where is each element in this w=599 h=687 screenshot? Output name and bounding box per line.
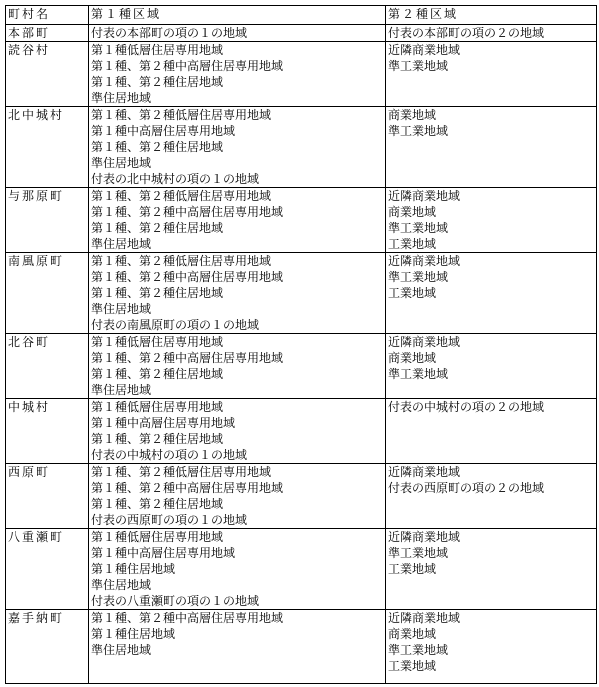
zone-1-cell: 第１種、第２種低層住居専用地域第１種、第２種中高層住居専用地域第１種、第２種住居… xyxy=(89,464,386,529)
zone-2-cell: 付表の中城村の項の２の地域 xyxy=(386,399,597,464)
zone-2-cell: 商業地域準工業地域 xyxy=(386,107,597,188)
table-row: 嘉手納町第１種、第２種中高層住居専用地域第１種住居地域準住居地域近隣商業地域商業… xyxy=(6,610,597,684)
zone-entry: 準工業地域 xyxy=(388,220,596,236)
zone-entry: 第１種、第２種低層住居専用地域 xyxy=(91,188,385,204)
zone-entry: 工業地域 xyxy=(388,561,596,577)
zone-entry: 準住居地域 xyxy=(91,236,385,252)
zone-entry: 第１種、第２種中高層住居専用地域 xyxy=(91,350,385,366)
zone-entry: 商業地域 xyxy=(388,204,596,220)
zone-entry: 近隣商業地域 xyxy=(388,610,596,626)
zone-entry: 近隣商業地域 xyxy=(388,188,596,204)
municipality-name: 北中城村 xyxy=(6,107,89,188)
zone-2-cell: 近隣商業地域付表の西原町の項の２の地域 xyxy=(386,464,597,529)
zone-table: 町村名 第１種区域 第２種区域 本部町付表の本部町の項の１の地域付表の本部町の項… xyxy=(5,5,597,684)
zone-entry: 準工業地域 xyxy=(388,642,596,658)
zone-entry: 商業地域 xyxy=(388,626,596,642)
header-municipality: 町村名 xyxy=(6,6,89,25)
municipality-name: 嘉手納町 xyxy=(6,610,89,684)
zone-1-cell: 第１種低層住居専用地域第１種、第２種中高層住居専用地域第１種、第２種住居地域準住… xyxy=(89,42,386,107)
zone-entry: 準住居地域 xyxy=(91,90,385,106)
zone-entry: 第１種低層住居専用地域 xyxy=(91,42,385,58)
zone-entry: 第１種中高層住居専用地域 xyxy=(91,545,385,561)
table-row: 北中城村第１種、第２種低層住居専用地域第１種中高層住居専用地域第１種、第２種住居… xyxy=(6,107,597,188)
zone-entry: 第１種、第２種住居地域 xyxy=(91,220,385,236)
zone-1-cell: 第１種、第２種中高層住居専用地域第１種住居地域準住居地域 xyxy=(89,610,386,684)
municipality-name: 読谷村 xyxy=(6,42,89,107)
zone-2-cell: 近隣商業地域準工業地域 xyxy=(386,42,597,107)
zone-entry: 第１種、第２種住居地域 xyxy=(91,74,385,90)
zone-entry: 付表の西原町の項の１の地域 xyxy=(91,512,385,528)
zone-entry: 第１種中高層住居専用地域 xyxy=(91,415,385,431)
zone-entry: 第１種、第２種低層住居専用地域 xyxy=(91,464,385,480)
zone-entry: 商業地域 xyxy=(388,350,596,366)
zone-entry: 第１種、第２種住居地域 xyxy=(91,496,385,512)
header-zone-2: 第２種区域 xyxy=(386,6,597,25)
zone-entry: 付表の中城村の項の１の地域 xyxy=(91,447,385,463)
zone-1-cell: 付表の本部町の項の１の地域 xyxy=(89,25,386,42)
zone-2-cell: 付表の本部町の項の２の地域 xyxy=(386,25,597,42)
zone-entry: 付表の北中城村の項の１の地域 xyxy=(91,171,385,187)
zone-entry: 第１種、第２種中高層住居専用地域 xyxy=(91,269,385,285)
zone-entry: 第１種中高層住居専用地域 xyxy=(91,123,385,139)
zone-entry: 第１種、第２種住居地域 xyxy=(91,431,385,447)
table-row: 北谷町第１種低層住居専用地域第１種、第２種中高層住居専用地域第１種、第２種住居地… xyxy=(6,334,597,399)
zone-1-cell: 第１種低層住居専用地域第１種中高層住居専用地域第１種住居地域準住居地域付表の八重… xyxy=(89,529,386,610)
table-row: 中城村第１種低層住居専用地域第１種中高層住居専用地域第１種、第２種住居地域付表の… xyxy=(6,399,597,464)
table-row: 南風原町第１種、第２種低層住居専用地域第１種、第２種中高層住居専用地域第１種、第… xyxy=(6,253,597,334)
zone-2-cell: 近隣商業地域商業地域準工業地域工業地域 xyxy=(386,188,597,253)
municipality-name: 中城村 xyxy=(6,399,89,464)
zone-entry: 付表の本部町の項の１の地域 xyxy=(91,25,385,41)
zone-entry: 工業地域 xyxy=(388,658,596,674)
zone-1-cell: 第１種、第２種低層住居専用地域第１種中高層住居専用地域第１種、第２種住居地域準住… xyxy=(89,107,386,188)
municipality-name: 南風原町 xyxy=(6,253,89,334)
municipality-name: 与那原町 xyxy=(6,188,89,253)
zone-1-cell: 第１種低層住居専用地域第１種中高層住居専用地域第１種、第２種住居地域付表の中城村… xyxy=(89,399,386,464)
zone-entry: 準住居地域 xyxy=(91,382,385,398)
zone-entry: 準工業地域 xyxy=(388,269,596,285)
zone-entry: 第１種低層住居専用地域 xyxy=(91,399,385,415)
zone-entry: 近隣商業地域 xyxy=(388,529,596,545)
zone-entry: 第１種、第２種住居地域 xyxy=(91,285,385,301)
zone-2-cell: 近隣商業地域準工業地域工業地域 xyxy=(386,529,597,610)
zone-entry: 第１種、第２種中高層住居専用地域 xyxy=(91,480,385,496)
zone-entry: 第１種住居地域 xyxy=(91,561,385,577)
zone-2-cell: 近隣商業地域準工業地域工業地域 xyxy=(386,253,597,334)
zone-entry: 工業地域 xyxy=(388,236,596,252)
zone-entry: 第１種、第２種中高層住居専用地域 xyxy=(91,204,385,220)
zone-entry: 第１種、第２種中高層住居専用地域 xyxy=(91,58,385,74)
zone-entry: 近隣商業地域 xyxy=(388,253,596,269)
table-row: 本部町付表の本部町の項の１の地域付表の本部町の項の２の地域 xyxy=(6,25,597,42)
zone-entry: 商業地域 xyxy=(388,107,596,123)
table-row: 西原町第１種、第２種低層住居専用地域第１種、第２種中高層住居専用地域第１種、第２… xyxy=(6,464,597,529)
zone-entry: 近隣商業地域 xyxy=(388,42,596,58)
zone-1-cell: 第１種低層住居専用地域第１種、第２種中高層住居専用地域第１種、第２種住居地域準住… xyxy=(89,334,386,399)
zone-entry: 付表の本部町の項の２の地域 xyxy=(388,25,596,41)
zone-entry: 第１種、第２種低層住居専用地域 xyxy=(91,253,385,269)
zone-1-cell: 第１種、第２種低層住居専用地域第１種、第２種中高層住居専用地域第１種、第２種住居… xyxy=(89,253,386,334)
zone-entry: 準住居地域 xyxy=(91,642,385,658)
header-zone-1: 第１種区域 xyxy=(89,6,386,25)
zone-2-cell: 近隣商業地域商業地域準工業地域 xyxy=(386,334,597,399)
zone-entry: 準工業地域 xyxy=(388,58,596,74)
zone-entry: 近隣商業地域 xyxy=(388,464,596,480)
municipality-name: 本部町 xyxy=(6,25,89,42)
header-row: 町村名 第１種区域 第２種区域 xyxy=(6,6,597,25)
zone-entry: 付表の西原町の項の２の地域 xyxy=(388,480,596,496)
zone-2-cell: 近隣商業地域商業地域準工業地域工業地域 xyxy=(386,610,597,684)
zone-entry: 第１種住居地域 xyxy=(91,626,385,642)
zone-entry: 準工業地域 xyxy=(388,545,596,561)
zone-entry: 第１種低層住居専用地域 xyxy=(91,334,385,350)
municipality-name: 西原町 xyxy=(6,464,89,529)
zone-entry: 準工業地域 xyxy=(388,123,596,139)
zone-entry: 準工業地域 xyxy=(388,366,596,382)
zone-entry: 第１種、第２種中高層住居専用地域 xyxy=(91,610,385,626)
zone-entry: 第１種低層住居専用地域 xyxy=(91,529,385,545)
zone-entry: 準住居地域 xyxy=(91,155,385,171)
zone-entry: 付表の南風原町の項の１の地域 xyxy=(91,317,385,333)
zone-entry: 第１種、第２種住居地域 xyxy=(91,366,385,382)
zone-entry: 付表の八重瀬町の項の１の地域 xyxy=(91,593,385,609)
zone-entry: 近隣商業地域 xyxy=(388,334,596,350)
zone-entry: 工業地域 xyxy=(388,285,596,301)
zone-entry: 付表の中城村の項の２の地域 xyxy=(388,399,596,415)
zone-entry: 第１種、第２種住居地域 xyxy=(91,139,385,155)
zone-entry: 準住居地域 xyxy=(91,301,385,317)
table-row: 八重瀬町第１種低層住居専用地域第１種中高層住居専用地域第１種住居地域準住居地域付… xyxy=(6,529,597,610)
zone-entry: 第１種、第２種低層住居専用地域 xyxy=(91,107,385,123)
zone-entry: 準住居地域 xyxy=(91,577,385,593)
zone-1-cell: 第１種、第２種低層住居専用地域第１種、第２種中高層住居専用地域第１種、第２種住居… xyxy=(89,188,386,253)
municipality-name: 八重瀬町 xyxy=(6,529,89,610)
table-row: 読谷村第１種低層住居専用地域第１種、第２種中高層住居専用地域第１種、第２種住居地… xyxy=(6,42,597,107)
table-row: 与那原町第１種、第２種低層住居専用地域第１種、第２種中高層住居専用地域第１種、第… xyxy=(6,188,597,253)
municipality-name: 北谷町 xyxy=(6,334,89,399)
